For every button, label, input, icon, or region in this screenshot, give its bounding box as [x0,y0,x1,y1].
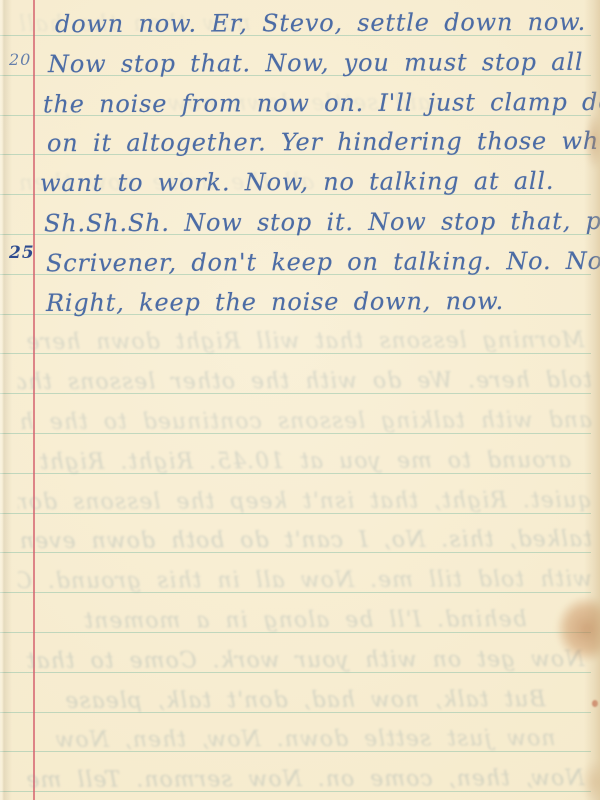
bleed-through-line: around to me you at 10.45. Right. Right [18,445,592,479]
notebook-page: 20 25 now then the hallsaid settle down … [0,0,600,800]
line-number-20: 20 [9,50,31,69]
bleed-through-line: with told till me. Now all in this groun… [18,564,592,598]
handwriting-line: Scrivener, don't keep on talking. No. No… [46,244,600,280]
handwriting-line: the noise from now on. I'll just clamp d… [43,84,600,121]
bleed-through-line: Morning lessons that will Right down her… [18,325,592,359]
bleed-through-line: talked, this. No, I can't do both down e… [18,524,592,558]
bleed-through-line: Now get on with your work. Come to that [18,644,592,678]
bleed-through-line: now just settle down. Now, then, Now [18,723,592,757]
handwriting-line: Sh.Sh.Sh. Now stop it. Now stop that, pl… [44,204,600,241]
bleed-through-line: quiet. Right, that isn't keep the lesson… [18,485,592,519]
line-number-25: 25 [9,243,35,263]
handwriting-line: on it altogether. Yer hindering those wh… [47,124,600,160]
handwriting-line: want to work. Now, no talking at all. [40,164,554,200]
bleed-through-line: Now, then, come on. Now sermon. Tell me [18,763,592,797]
bleed-through-line: But talk, now had, don't talk, please [18,684,592,718]
handwriting-line: Right, keep the noise down, now. [46,284,504,320]
bleed-through-line: and with talking lessons continued to th… [18,405,592,439]
page-edge-left [0,0,12,800]
page-edge-right [584,0,600,800]
bleed-through-line: behind. I'll be along in a moment [18,604,592,638]
handwriting-line: Now stop that. Now, you must stop all [48,45,583,81]
handwriting-line: down now. Er, Stevo, settle down now. [55,5,586,41]
stain-red-dot [592,700,598,707]
bleed-through-line: told here. We do with the other lessons … [18,365,592,399]
